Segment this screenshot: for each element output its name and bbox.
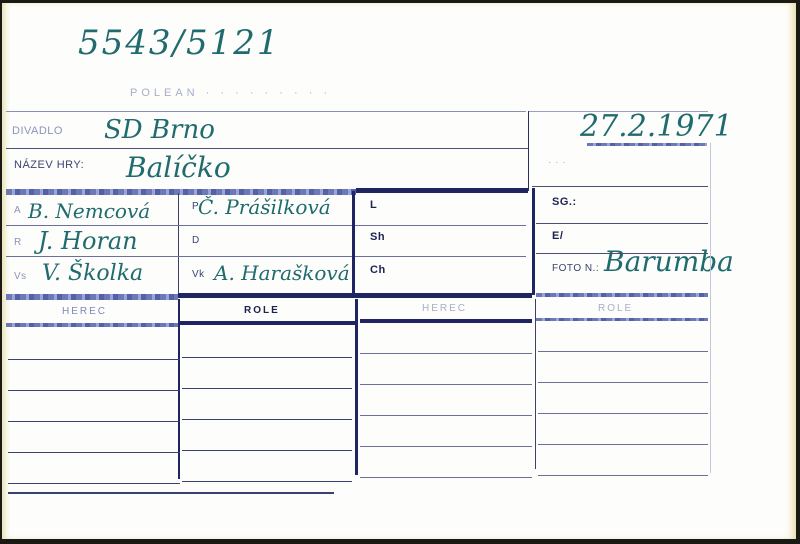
crew-value-vk: A. Harašková (214, 261, 350, 285)
crew-value-a: B. Nemcová (28, 199, 150, 223)
crew-value-p: Č. Prášilková (198, 195, 331, 219)
crew-label-r: R (14, 237, 22, 248)
table-row-line (360, 353, 532, 354)
table-row-line (182, 357, 352, 358)
play-value: Balíčko (126, 151, 231, 184)
table-row-line (8, 452, 180, 453)
crew-label-vk: Vk (192, 269, 205, 280)
col-header-actor-1: HEREC (62, 306, 107, 317)
table-row-line (538, 475, 708, 476)
play-label: NÁZEV HRY: (14, 159, 84, 171)
theatre-label: DIVADLO (12, 125, 63, 137)
date-value: 27.2.1971 (580, 109, 733, 144)
index-card: 5543/5121 POLEAN · · · · · · · · · 27.2.… (2, 3, 796, 539)
crew-label-sg: SG.: (552, 196, 577, 208)
archive-number: 5543/5121 (78, 23, 281, 63)
col-header-role-2: ROLE (598, 303, 633, 314)
table-row-line (360, 446, 532, 447)
crew-label-ch: Ch (370, 264, 386, 276)
col-header-actor-2: HEREC (422, 303, 467, 314)
table-row-line (182, 388, 352, 389)
crew-label-e: E/ (552, 230, 563, 242)
table-row-line (182, 450, 352, 451)
table-row-line (8, 421, 180, 422)
table-row-line (182, 481, 352, 482)
table-row-line (360, 477, 532, 478)
col-header-role-1: ROLE (244, 305, 280, 316)
crew-value-r: J. Horan (38, 227, 138, 255)
table-row-line (360, 384, 532, 385)
table-row-line (8, 390, 180, 391)
crew-label-d: D (192, 235, 200, 246)
table-row-line (8, 483, 180, 484)
table-row-line (360, 415, 532, 416)
table-row-line (538, 413, 708, 414)
crew-label-l: L (370, 199, 377, 211)
table-row-line (8, 359, 180, 360)
table-row-line (538, 382, 708, 383)
table-row-line (182, 419, 352, 420)
crew-value-foto: Barumba (604, 245, 734, 278)
crew-label-foto: FOTO N.: (552, 263, 599, 274)
theatre-value: SD Brno (104, 115, 215, 145)
table-row-line (538, 351, 708, 352)
table-row-line (538, 444, 708, 445)
faded-header: POLEAN · · · · · · · · · (130, 87, 331, 99)
crew-label-vs: Vs (14, 271, 27, 282)
crew-label-sh: Sh (370, 231, 385, 243)
crew-label-a: A (14, 205, 21, 216)
date-field-label: · · · (548, 157, 566, 168)
crew-value-vs: V. Školka (42, 261, 143, 286)
